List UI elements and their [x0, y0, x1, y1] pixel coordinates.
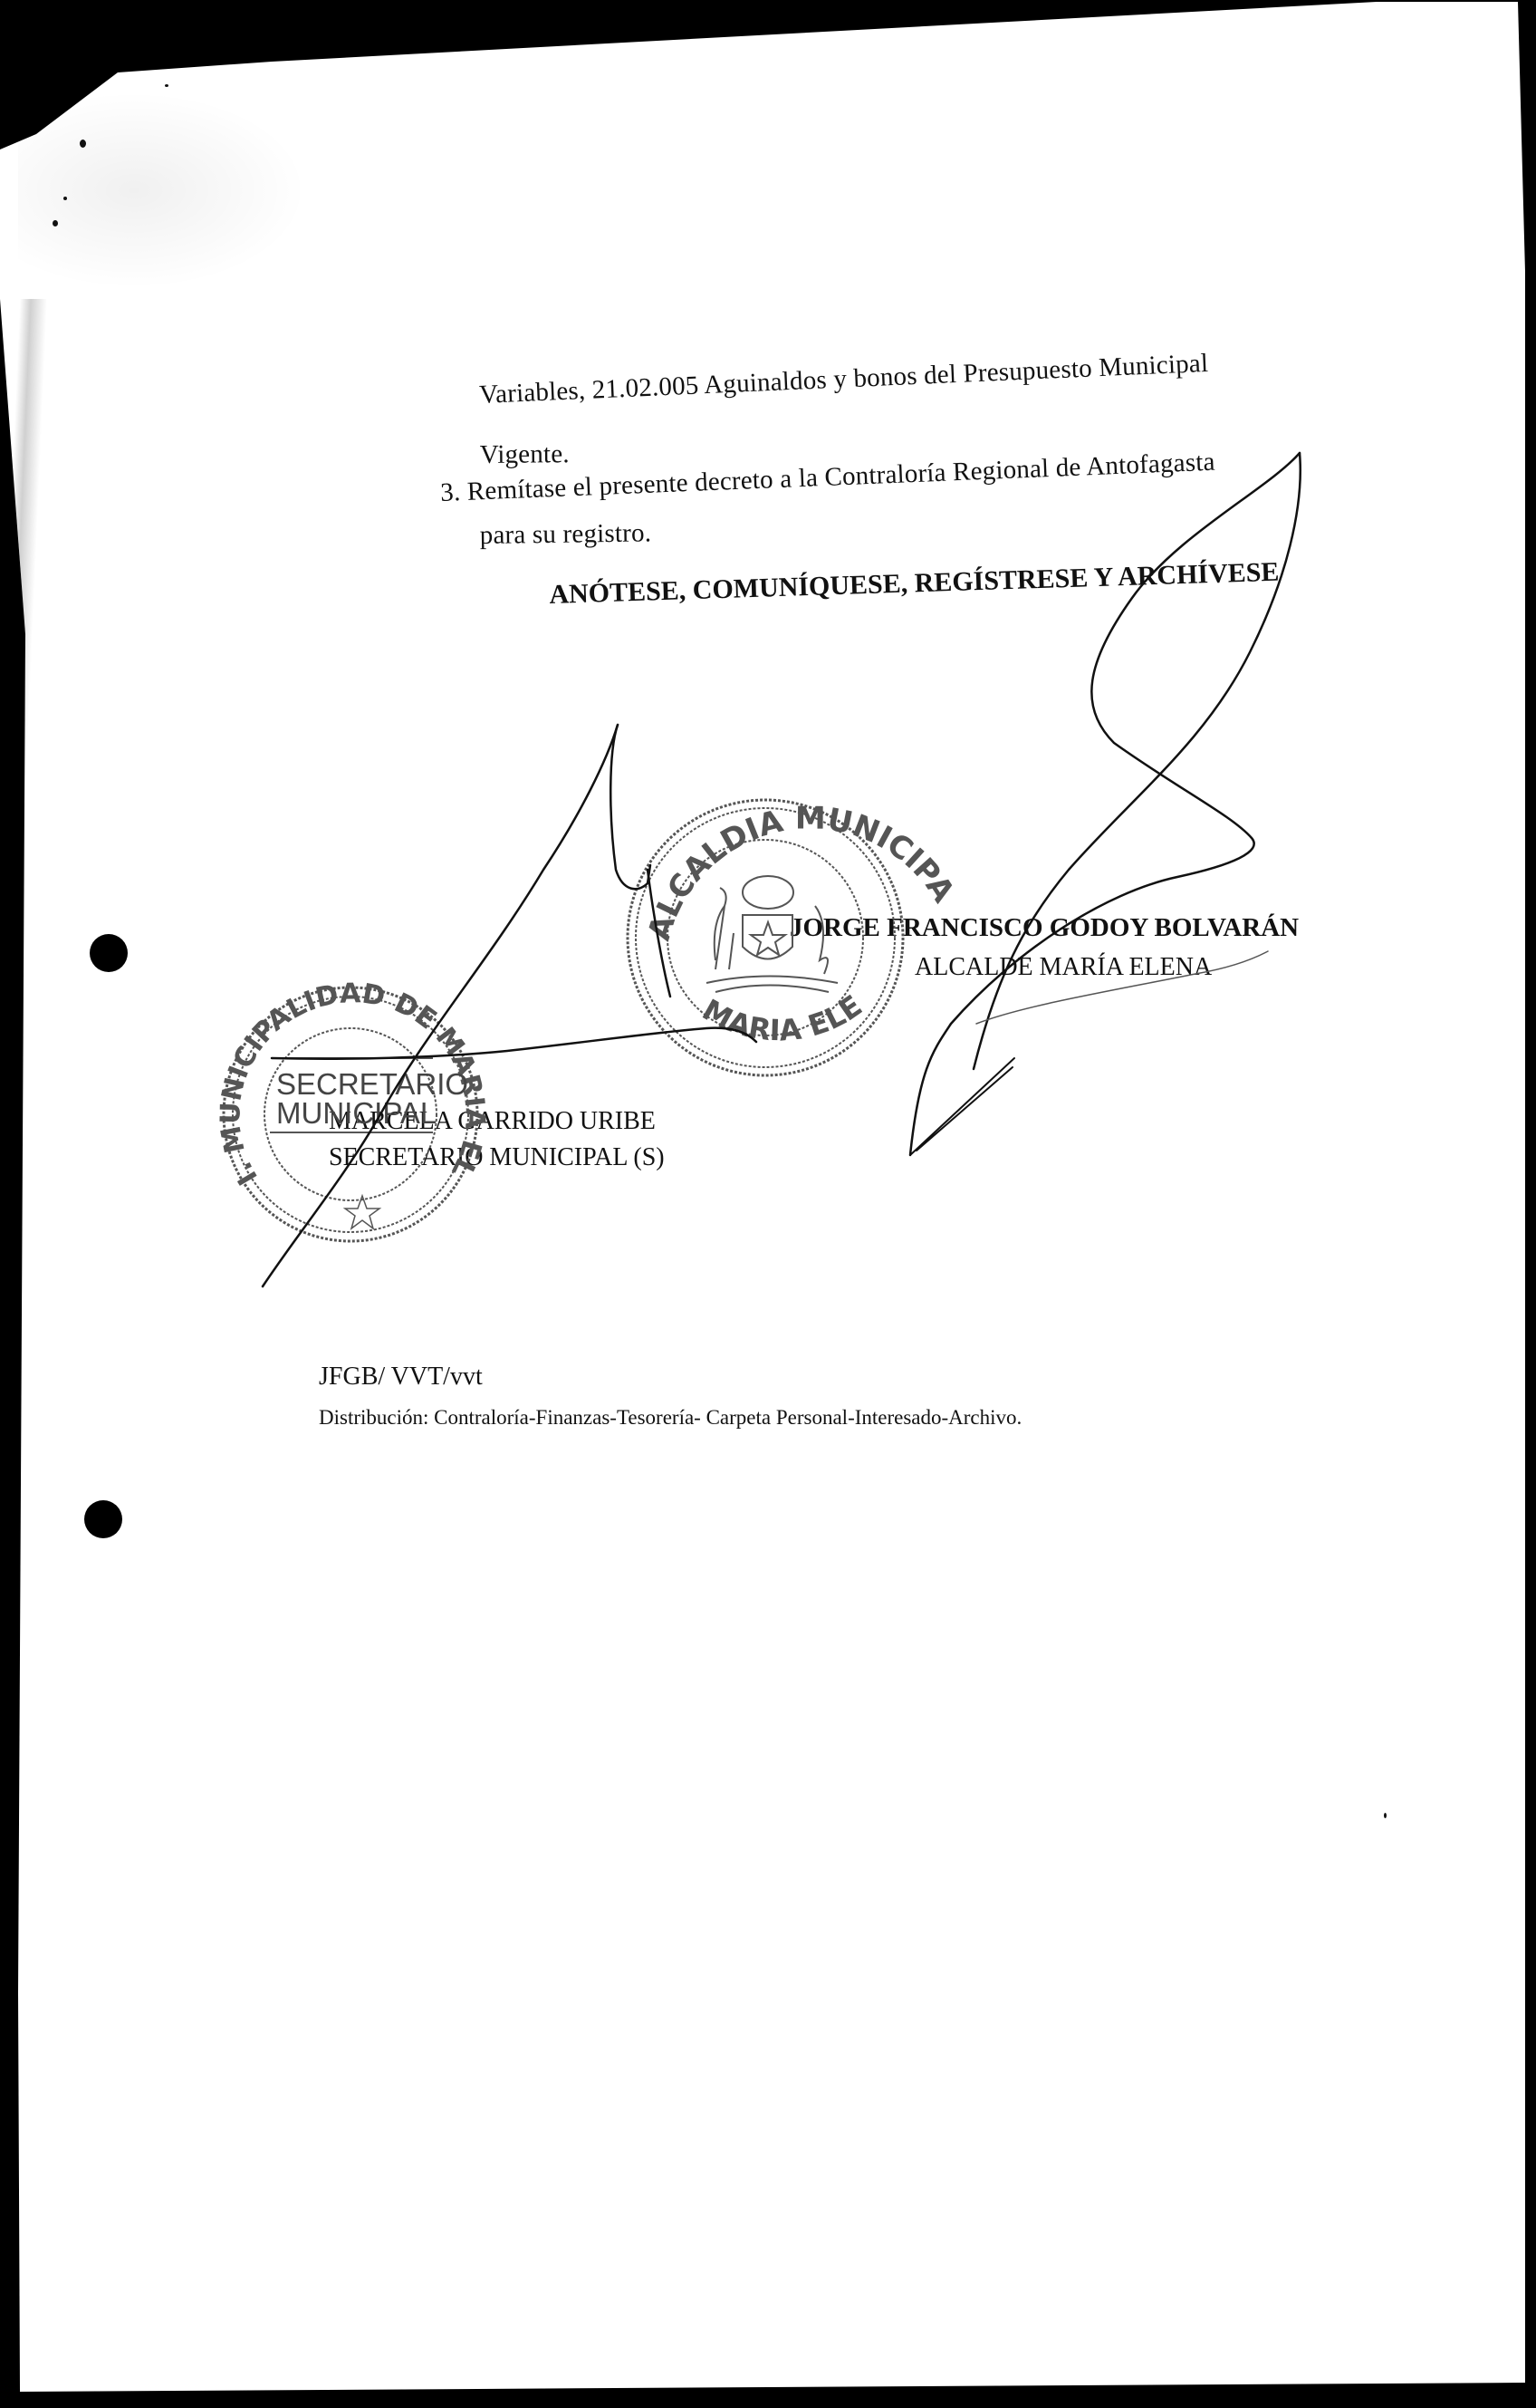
distribution-list: Distribución: Contraloría-Finanzas-Tesor…	[319, 1406, 1022, 1430]
reference-initials: JFGB/ VVT/vvt	[319, 1363, 483, 1392]
body-line-1: Variables, 21.02.005 Aguinaldos y bonos …	[479, 349, 1209, 410]
scan-speck	[80, 140, 86, 148]
mayor-title: ALCALDE MARÍA ELENA	[915, 953, 1212, 982]
punch-hole-lower	[84, 1500, 122, 1538]
left-edge-shadow	[0, 299, 47, 1748]
corner-fold-shadow	[18, 91, 308, 290]
scan-speck	[165, 84, 168, 87]
scan-speck	[1384, 1813, 1387, 1818]
closing-formula: ANÓTESE, COMUNÍQUESE, REGÍSTRESE Y ARCHÍ…	[549, 557, 1280, 611]
body-line-2: Vigente.	[480, 439, 570, 470]
mayor-name: JORGE FRANCISCO GODOY BOLVARÁN	[790, 913, 1299, 943]
punch-hole-upper	[90, 934, 128, 972]
scanned-page: Variables, 21.02.005 Aguinaldos y bonos …	[0, 0, 1536, 2408]
scan-speck	[63, 197, 67, 200]
secretary-name: MARCELA GARRIDO URIBE	[329, 1107, 656, 1136]
body-line-4: para su registro.	[480, 518, 652, 551]
secretary-title: SECRETARIO MUNICIPAL (S)	[329, 1143, 665, 1172]
scan-speck	[53, 220, 58, 226]
